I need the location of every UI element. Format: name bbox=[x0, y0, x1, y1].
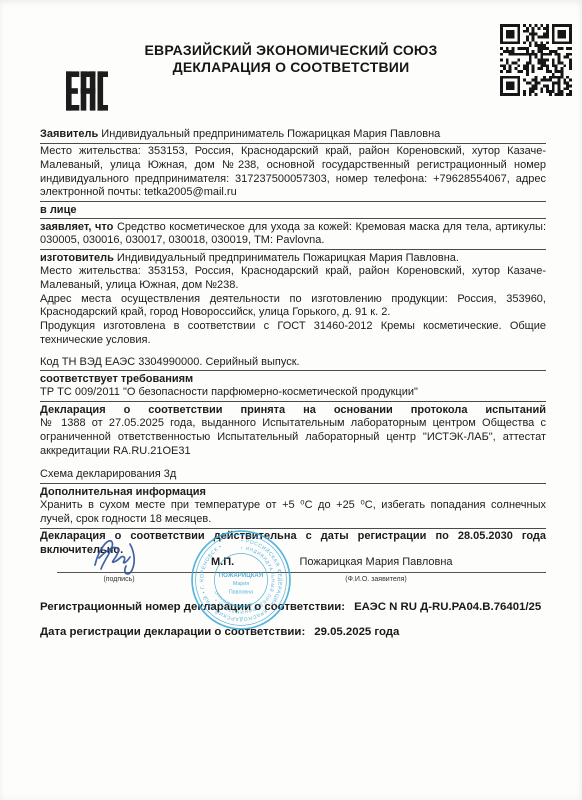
applicant-heading: Заявитель Индивидуальный предприниматель… bbox=[40, 128, 546, 142]
stamp-center-firstname: Мария bbox=[233, 581, 249, 587]
in-person-label: в лице bbox=[40, 204, 546, 218]
svg-text:• РОССИЙСКАЯ ФЕДЕРАЦИЯ • КРАСН: • РОССИЙСКАЯ ФЕДЕРАЦИЯ • КРАСНОДАРСКИЙ К… bbox=[199, 538, 282, 622]
manufacturer-label: изготовитель bbox=[40, 252, 114, 264]
gost-paragraph: Продукция изготовлена в соответствии с Г… bbox=[40, 320, 546, 347]
additional-info-heading: Дополнительная информация bbox=[40, 486, 546, 500]
divider bbox=[40, 401, 546, 402]
document-title-line2: ДЕКЛАРАЦИЯ О СООТВЕТСТВИИ bbox=[108, 59, 474, 76]
stamp-ring-outer-text: • РОССИЙСКАЯ ФЕДЕРАЦИЯ • КРАСНОДАРСКИЙ К… bbox=[199, 538, 282, 622]
qr-code bbox=[500, 24, 572, 96]
stamp-center-patronymic: Павловна bbox=[229, 589, 253, 595]
spacer bbox=[40, 458, 546, 468]
divider bbox=[40, 201, 546, 202]
manufacturer-name: Индивидуальный предприниматель Пожарицка… bbox=[117, 252, 459, 264]
registration-number-value: ЕАЭС N RU Д-RU.РА04.В.76401/25 bbox=[354, 601, 541, 613]
declares-text: Средство косметическое для ухода за коже… bbox=[40, 221, 546, 247]
document-body: Заявитель Индивидуальный предприниматель… bbox=[40, 128, 546, 558]
applicant-label: Заявитель bbox=[40, 128, 98, 140]
divider bbox=[40, 218, 546, 219]
spacer bbox=[40, 348, 546, 356]
manufacturer-heading: изготовитель Индивидуальный предпринимат… bbox=[40, 252, 546, 266]
document-title: ЕВРАЗИЙСКИЙ ЭКОНОМИЧЕСКИЙ СОЮЗ ДЕКЛАРАЦИ… bbox=[108, 42, 474, 76]
scheme-line: Схема декларирования 3д bbox=[40, 468, 546, 482]
applicant-signature-name: Пожарицкая Мария Павловна bbox=[281, 556, 471, 568]
divider bbox=[40, 143, 546, 144]
declaration-document-page: ЕВРАЗИЙСКИЙ ЭКОНОМИЧЕСКИЙ СОЮЗ ДЕКЛАРАЦИ… bbox=[0, 0, 582, 800]
document-title-line1: ЕВРАЗИЙСКИЙ ЭКОНОМИЧЕСКИЙ СОЮЗ bbox=[108, 42, 474, 59]
manufacturer-residence: Место жительства: 353153, Россия, Красно… bbox=[40, 265, 546, 292]
basis-paragraph: Декларация о соответствии принята на осн… bbox=[40, 404, 546, 459]
signature bbox=[88, 534, 172, 576]
requirements-text: ТР ТС 009/2011 "О безопасности парфюмерн… bbox=[40, 386, 546, 400]
applicant-details: Место жительства: 353153, Россия, Красно… bbox=[40, 145, 546, 200]
registration-date-row: Дата регистрации декларации о соответств… bbox=[40, 626, 546, 638]
round-stamp: • РОССИЙСКАЯ ФЕДЕРАЦИЯ • КРАСНОДАРСКИЙ К… bbox=[190, 529, 292, 631]
applicant-name-caption: (Ф.И.О. заявителя) bbox=[293, 576, 459, 583]
additional-info-text: Хранить в сухом месте при температуре от… bbox=[40, 499, 546, 526]
declares-label: заявляет, что bbox=[40, 221, 113, 233]
requirements-heading: соответствует требованиям bbox=[40, 373, 546, 387]
divider bbox=[40, 528, 546, 529]
divider bbox=[40, 483, 546, 484]
signature-caption: (подпись) bbox=[86, 576, 152, 583]
basis-lead: Декларация о соответствии принята на осн… bbox=[40, 404, 546, 418]
basis-text: № 1388 от 27.05.2025 года, выданного Исп… bbox=[40, 417, 546, 456]
divider bbox=[40, 249, 546, 250]
stamp-center-surname: ПОЖАРИЦКАЯ bbox=[219, 572, 263, 579]
applicant-name: Индивидуальный предприниматель Пожарицка… bbox=[101, 128, 440, 140]
manufacturer-activity-address: Адрес места осуществления деятельности п… bbox=[40, 293, 546, 320]
registration-number-row: Регистрационный номер декларации о соотв… bbox=[40, 601, 546, 613]
eac-mark-logo bbox=[66, 70, 108, 112]
divider bbox=[40, 370, 546, 371]
declares-paragraph: заявляет, что Средство косметическое для… bbox=[40, 221, 546, 248]
registration-date-value: 29.05.2025 года bbox=[314, 626, 399, 638]
tnved-code-line: Код ТН ВЭД ЕАЭС 3304990000. Серийный вып… bbox=[40, 356, 546, 370]
